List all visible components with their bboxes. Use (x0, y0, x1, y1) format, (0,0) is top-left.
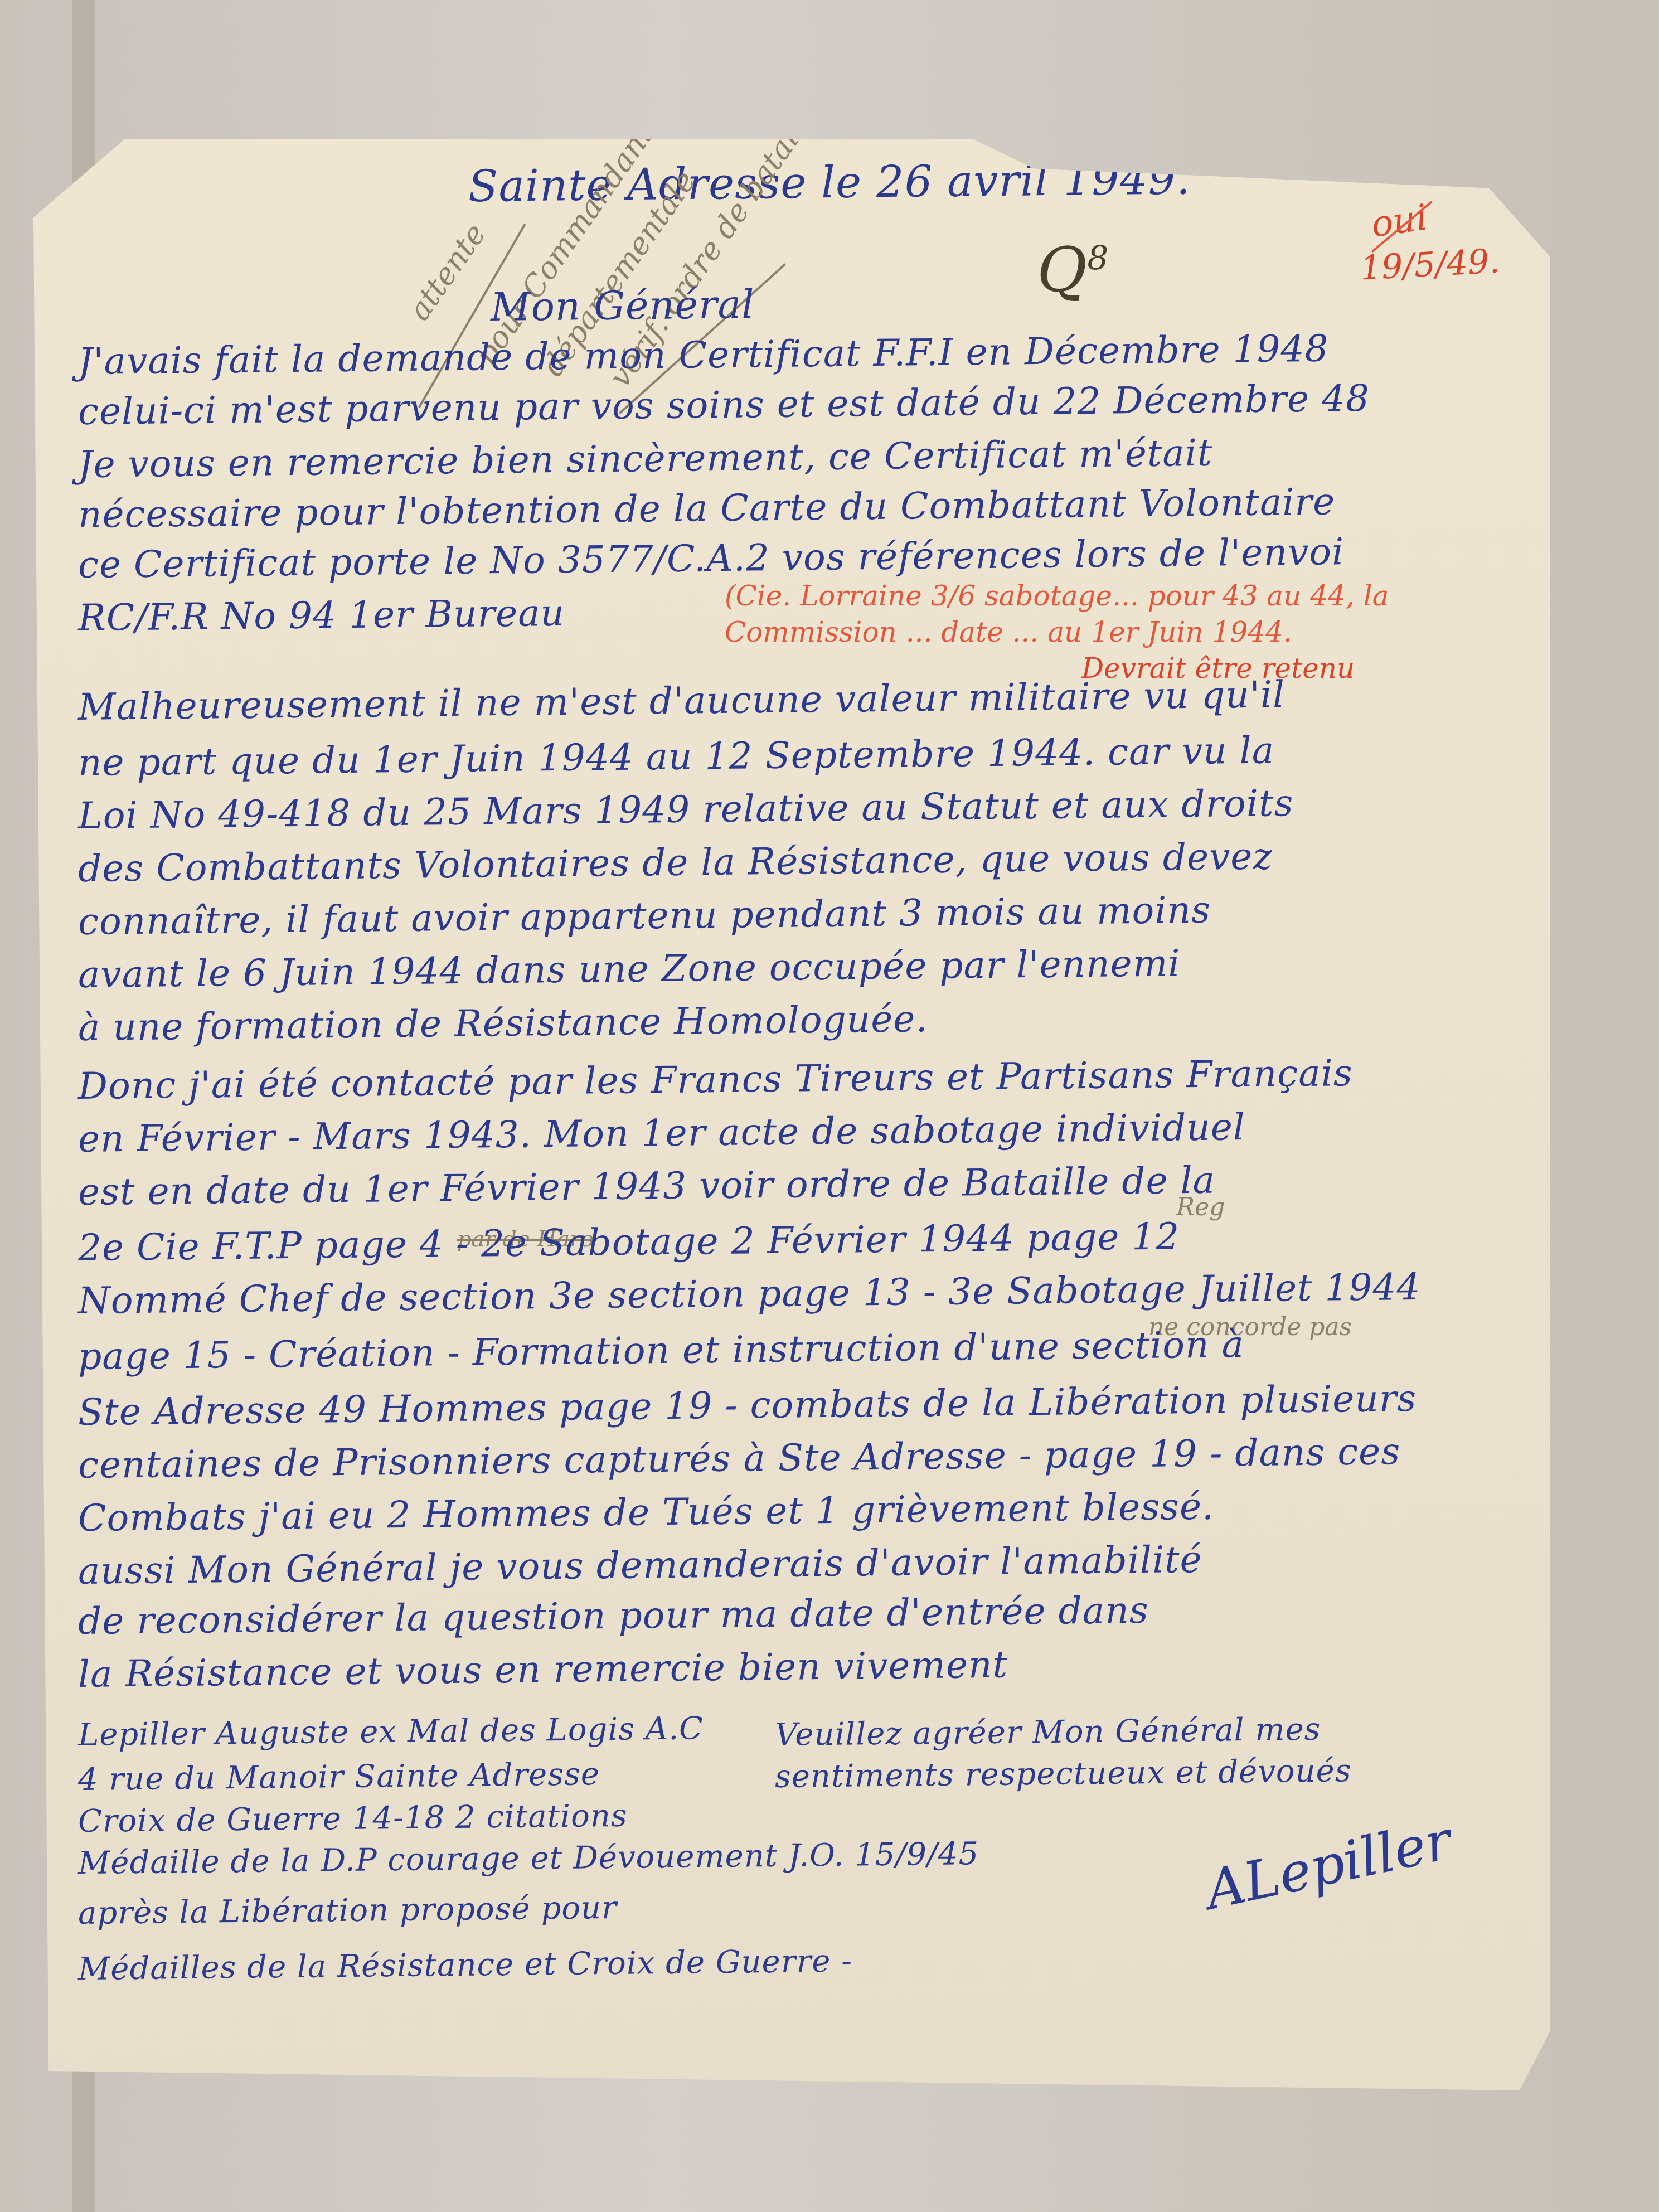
pencil-annotation-1: attente (401, 217, 493, 327)
closing-line-1: Veuillez agréer Mon Général mes (775, 1711, 1321, 1753)
body-line-19: page 15 - Création - Formation et instru… (78, 1323, 1245, 1378)
body-line-14: Donc j'ai été contacté par les Francs Ti… (78, 1051, 1353, 1108)
red-stamp-top: oui (1369, 197, 1430, 245)
body-line-5: ce Certificat porte le No 3577/C.A.2 vos… (78, 530, 1345, 586)
body-line-16: est en date du 1er Février 1943 voir ord… (78, 1159, 1216, 1214)
reference-mark: Q8 (1037, 234, 1108, 305)
body-line-22: Combats j'ai eu 2 Hommes de Tués et 1 gr… (78, 1485, 1215, 1540)
body-line-7: Malheureusement il ne m'est d'aucune val… (78, 673, 1286, 729)
sender-line-6: Médailles de la Résistance et Croix de G… (78, 1943, 853, 1987)
body-line-11: connaître, il faut avoir appartenu penda… (78, 889, 1211, 943)
body-line-2: celui-ci m'est parvenu par vos soins et … (78, 377, 1370, 433)
body-line-8: ne part que du 1er Juin 1944 au 12 Septe… (78, 729, 1275, 784)
letter-sheet: Sainte Adresse le 26 avril 1949. Q8 oui … (33, 139, 1550, 2090)
body-line-9: Loi No 49-418 du 25 Mars 1949 relative a… (78, 782, 1294, 837)
salutation: Mon Général (491, 282, 755, 330)
sender-line-3: Croix de Guerre 14-18 2 citations (78, 1798, 628, 1840)
red-stamp-date: 19/5/49. (1359, 241, 1501, 288)
sender-line-5: après la Libération proposé pour (78, 1890, 618, 1932)
body-line-17: 2e Cie F.T.P page 4 - 2e Sabotage 2 Févr… (78, 1215, 1180, 1269)
body-line-25: la Résistance et vous en remercie bien v… (78, 1643, 1008, 1696)
body-line-10: des Combattants Volontaires de la Résist… (78, 835, 1273, 890)
sender-line-2: 4 rue du Manoir Sainte Adresse (78, 1756, 600, 1798)
body-line-1: J'avais fait la demande de mon Certifica… (78, 327, 1329, 383)
body-line-24: de reconsidérer la question pour ma date… (78, 1589, 1149, 1643)
body-line-23: aussi Mon Général je vous demanderais d'… (78, 1538, 1202, 1593)
signature: ALepiller (1200, 1809, 1457, 1922)
body-line-6: RC/F.R No 94 1er Bureau (78, 591, 565, 639)
body-line-21: centaines de Prisonniers capturés à Ste … (78, 1430, 1401, 1487)
body-line-12: avant le 6 Juin 1944 dans une Zone occup… (78, 942, 1181, 996)
body-line-20: Ste Adresse 49 Hommes page 19 - combats … (78, 1377, 1417, 1434)
body-line-15: en Février - Mars 1943. Mon 1er acte de … (78, 1105, 1246, 1161)
closing-line-2: sentiments respectueux et dévoués (775, 1753, 1352, 1795)
body-line-13: à une formation de Résistance Homologuée… (78, 997, 928, 1049)
red-margin-note-2: Commission ... date ... au 1er Juin 1944… (725, 616, 1292, 648)
red-margin-note-1: (Cie. Lorraine 3/6 sabotage... pour 43 a… (725, 580, 1389, 612)
sender-line-1: Lepiller Auguste ex Mal des Logis A.C (78, 1710, 704, 1753)
body-line-4: nécessaire pour l'obtention de la Carte … (78, 480, 1336, 536)
annotation-above-circle-2: Reg (1176, 1193, 1225, 1221)
sender-line-4: Médaille de la D.P courage et Dévouement… (78, 1836, 979, 1881)
body-line-3: Je vous en remercie bien sincèrement, ce… (78, 431, 1213, 486)
